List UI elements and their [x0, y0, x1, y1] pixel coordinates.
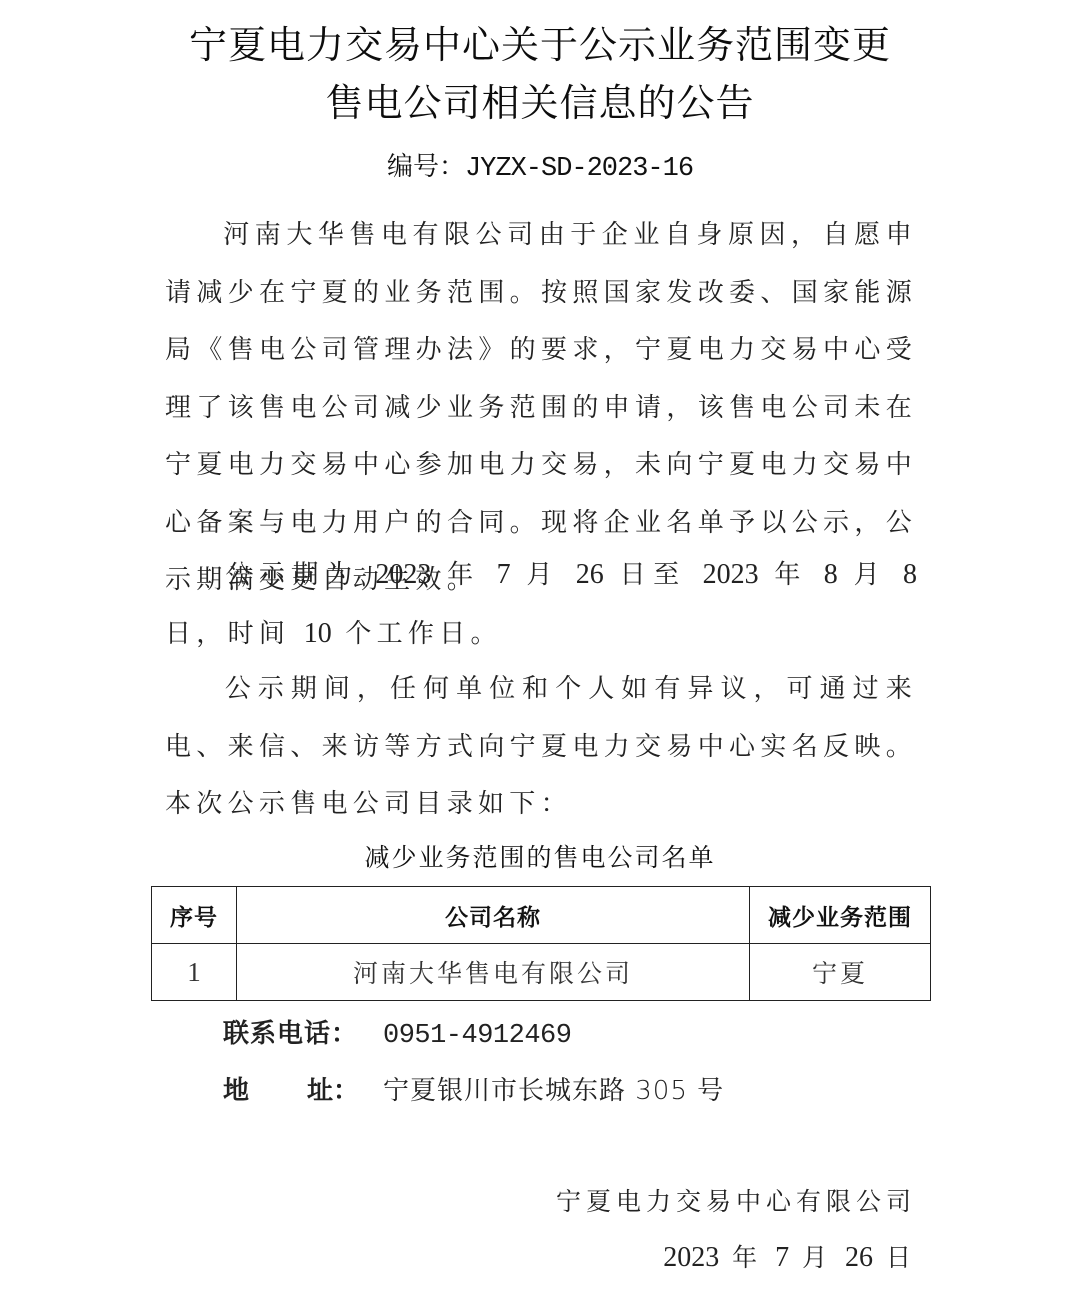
notice-title-line-2: 售电公司相关信息的公告 [0, 72, 1080, 127]
phone-value: 0951-4912469 [383, 1021, 571, 1051]
end-day: 8 [903, 559, 917, 590]
header-reduced-scope: 减少业务范围 [750, 887, 931, 944]
start-month: 7 [497, 559, 511, 590]
header-index: 序号 [152, 887, 237, 944]
text: 公示期为 [223, 560, 375, 590]
text: 日，时间 [165, 619, 304, 649]
cell-company-name: 河南大华售电有限公司 [237, 944, 750, 1001]
date-year: 2023 [663, 1242, 719, 1273]
workdays-count: 10 [304, 618, 332, 649]
text: 月 [511, 560, 576, 590]
paragraph-3-text: 公示期间，任何单位和个人如有异议，可通过来电、来信、来访等方式向宁夏电力交易中心… [165, 674, 917, 819]
contact-phone: 联系电话：0951-4912469 [223, 1013, 571, 1051]
text: 年 [431, 560, 496, 590]
document-number-label: 编号： [387, 152, 465, 182]
text: 月 [838, 560, 903, 590]
end-year: 2023 [703, 559, 759, 590]
table-row: 1 河南大华售电有限公司 宁夏 [152, 944, 931, 1001]
text: 年 [759, 560, 824, 590]
company-list-table: 序号 公司名称 减少业务范围 1 河南大华售电有限公司 宁夏 [151, 886, 931, 1001]
signature-date: 2023 年 7 月 26 日 [663, 1238, 916, 1274]
start-year: 2023 [375, 559, 431, 590]
text: 年 [719, 1243, 775, 1272]
text: 日 [873, 1243, 916, 1272]
phone-label: 联系电话： [223, 1013, 383, 1050]
table-title: 减少业务范围的售电公司名单 [0, 838, 1080, 874]
address-label-char-1: 地 [223, 1076, 249, 1106]
start-day: 26 [576, 559, 604, 590]
document-number-value: JYZX-SD-2023-16 [465, 154, 693, 184]
address-value: 宁夏银川市长城东路 305 号 [383, 1076, 724, 1106]
header-company-name: 公司名称 [237, 887, 750, 944]
contact-address: 地址：宁夏银川市长城东路 305 号 [223, 1070, 724, 1107]
cell-index: 1 [152, 944, 237, 1001]
address-label-char-2: 址： [307, 1076, 359, 1106]
cell-reduced-scope: 宁夏 [750, 944, 931, 1001]
text: 日至 [604, 560, 703, 590]
text: 月 [789, 1243, 845, 1272]
body-paragraph-2: 公示期为 2023 年 7 月 26 日至 2023 年 8 月 8 日，时间 … [165, 546, 917, 663]
notice-title-line-1: 宁夏电力交易中心关于公示业务范围变更 [0, 14, 1080, 69]
document-number: 编号：JYZX-SD-2023-16 [0, 146, 1080, 184]
signature-organization: 宁夏电力交易中心有限公司 [556, 1182, 916, 1218]
body-paragraph-3: 公示期间，任何单位和个人如有异议，可通过来电、来信、来访等方式向宁夏电力交易中心… [165, 661, 917, 834]
date-month: 7 [775, 1242, 789, 1273]
date-day: 26 [845, 1242, 873, 1273]
address-label: 地址： [223, 1070, 383, 1107]
paragraph-1-text: 河南大华售电有限公司由于企业自身原因，自愿申请减少在宁夏的业务范围。按照国家发改… [165, 220, 917, 595]
text: 个工作日。 [332, 619, 502, 649]
end-month: 8 [824, 559, 838, 590]
table-header-row: 序号 公司名称 减少业务范围 [152, 887, 931, 944]
